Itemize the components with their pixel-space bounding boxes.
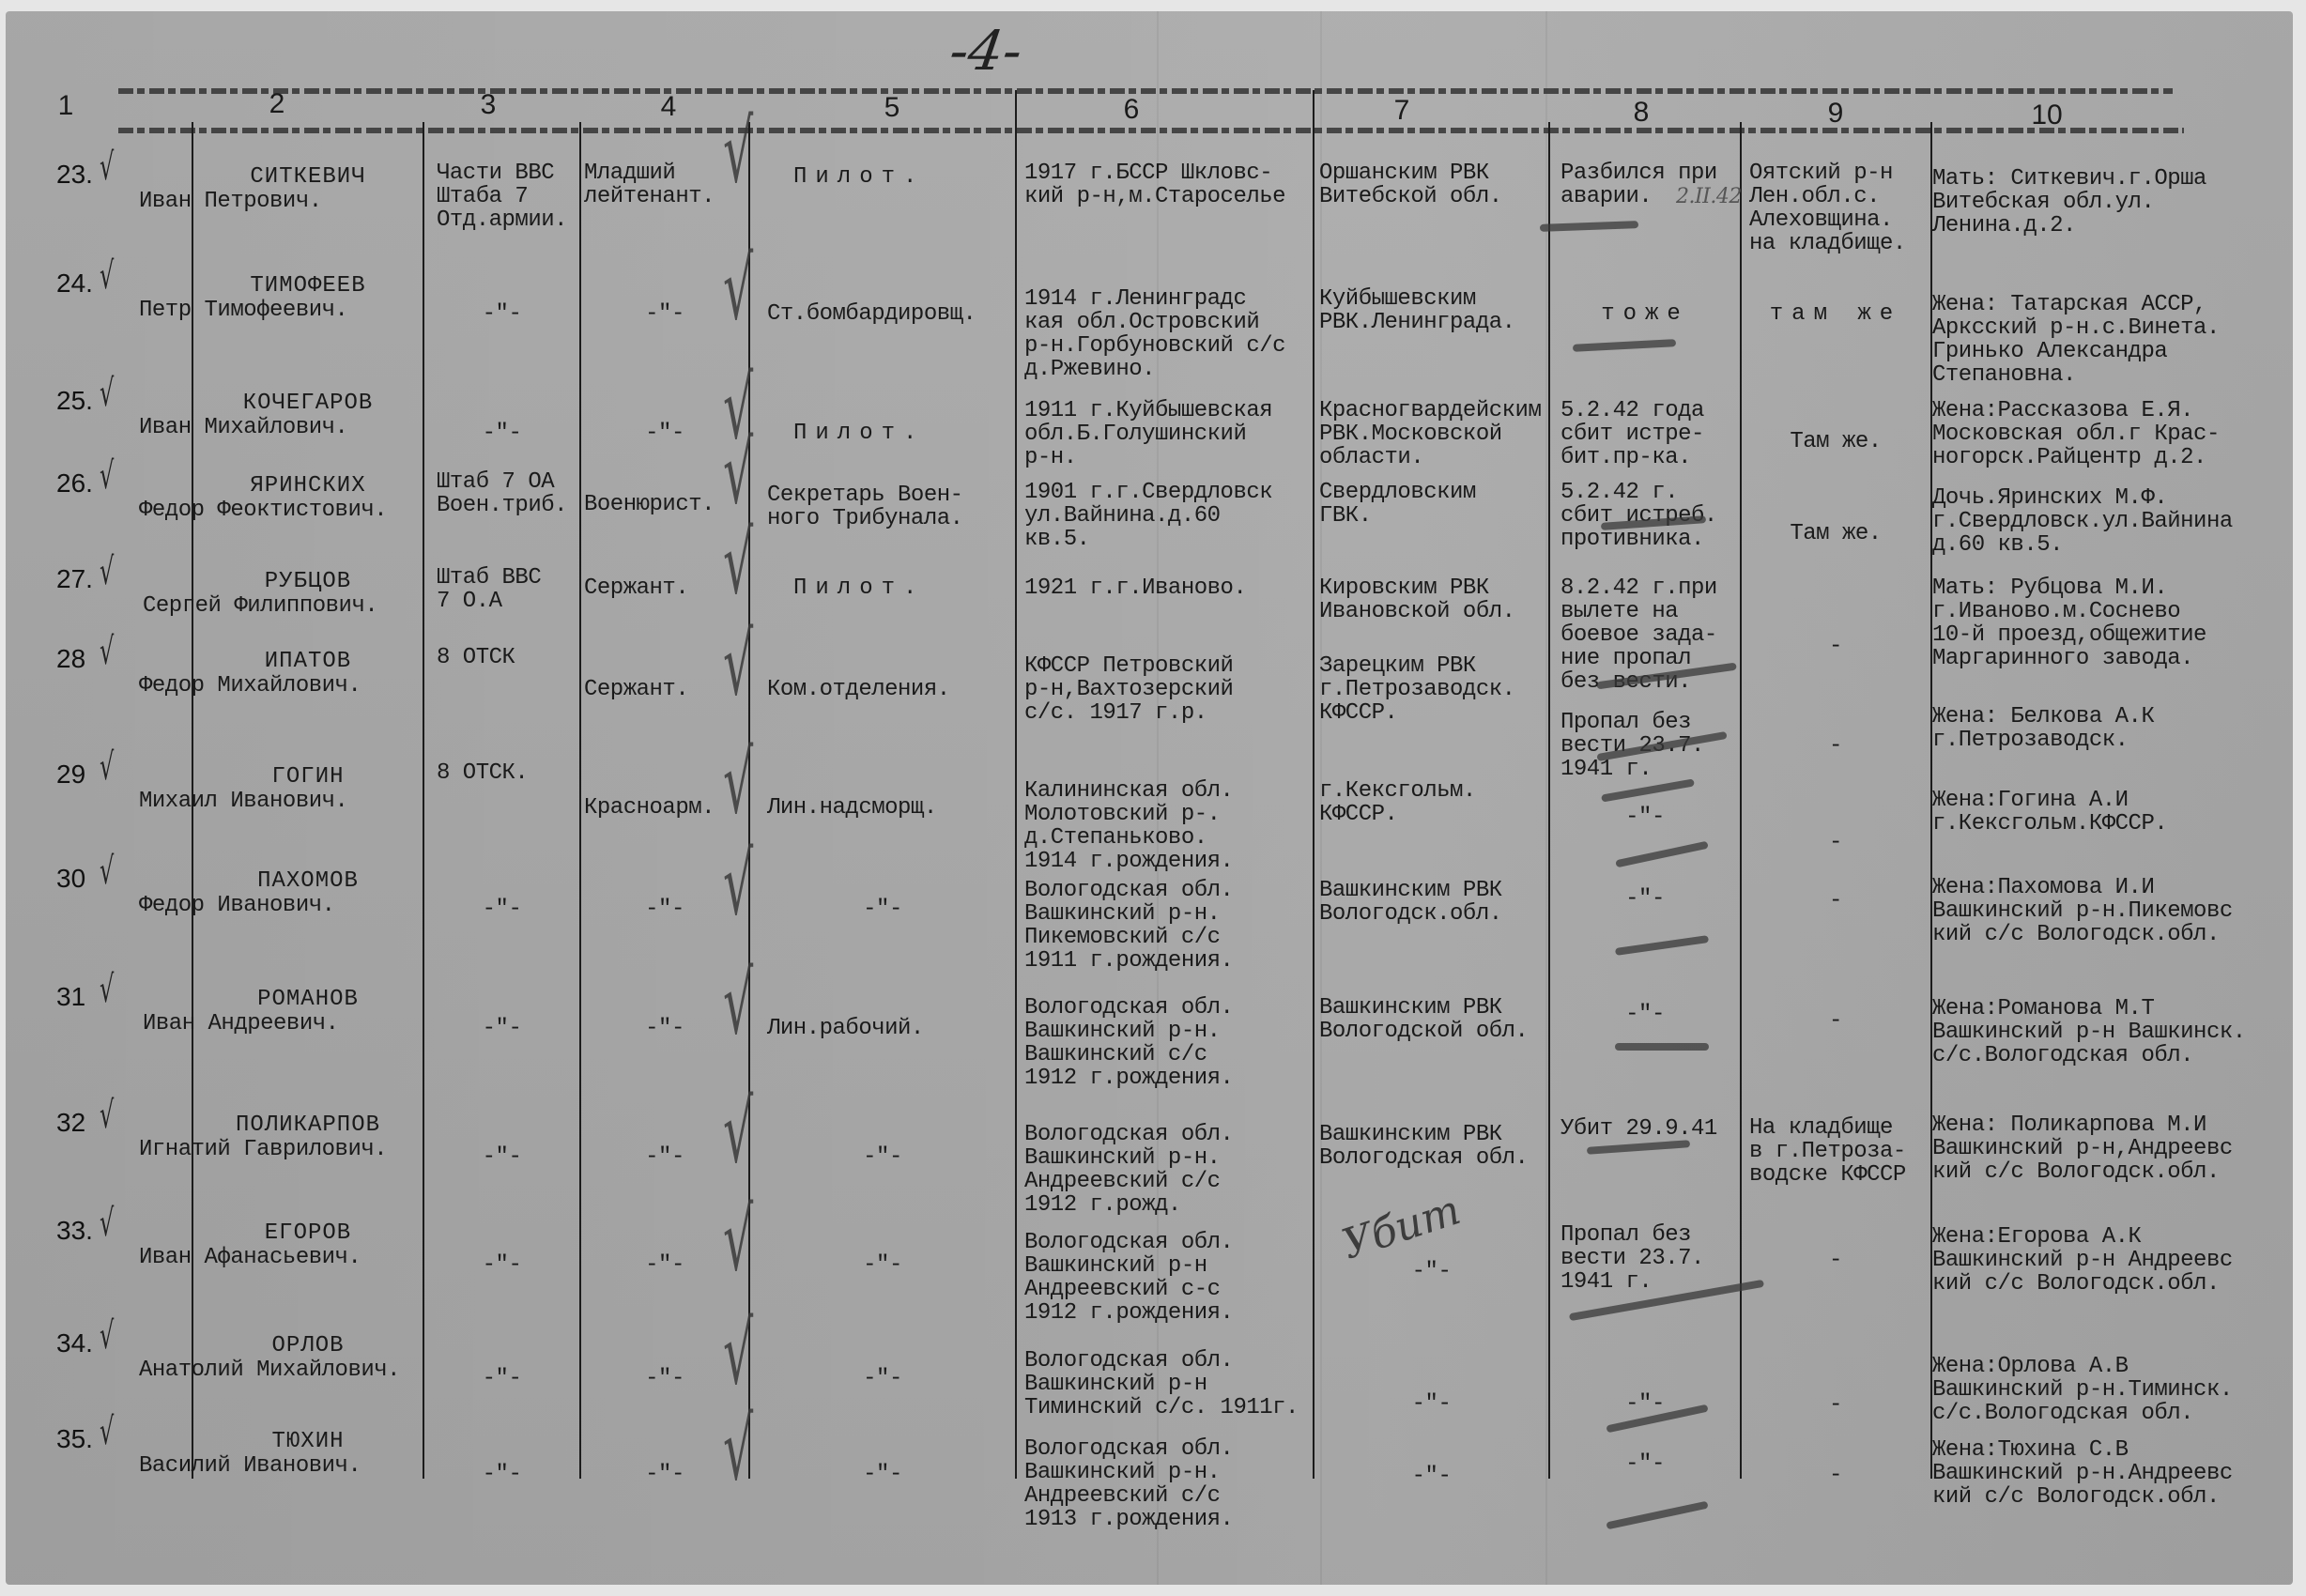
- checkmark-icon: √: [100, 148, 114, 186]
- birth-info: Вологодская обл. Вашкинский р-н. Андреев…: [1024, 1437, 1233, 1531]
- burial-place: -: [1742, 831, 1929, 854]
- checkmark-icon: √: [100, 553, 114, 591]
- rank: Младший лейтенант.: [584, 161, 715, 208]
- rank: Военюрист.: [584, 493, 715, 516]
- surname: ТИМОФЕЕВ: [193, 274, 423, 298]
- surname: РОМАНОВ: [193, 988, 423, 1011]
- position: Пилот.: [793, 165, 925, 189]
- draft-office: Куйбышевским РВК.Ленинграда.: [1319, 287, 1515, 334]
- given-names: Федор Михайлович.: [139, 674, 421, 698]
- column-number: 6: [1103, 94, 1160, 126]
- row-number: 30: [56, 864, 85, 894]
- birth-info: Калининская обл. Молотовский р-. д.Степа…: [1024, 779, 1233, 873]
- unit: Штаб ВВС 7 О.А: [437, 566, 541, 613]
- surname: ЯРИНСКИХ: [193, 474, 423, 498]
- fate: 5.2.42 года сбит истре- бит.пр-ка.: [1560, 399, 1704, 469]
- pencil-checkmark-icon: √: [723, 246, 753, 332]
- column-number: 3: [460, 89, 516, 121]
- rank: Красноарм.: [584, 796, 715, 820]
- position: Пилот.: [793, 576, 925, 600]
- checkmark-icon: √: [100, 1317, 114, 1355]
- burial-place: -: [1742, 1009, 1929, 1033]
- relatives: Мать: Рубцова М.И. г.Иваново.м.Соснево 1…: [1932, 576, 2206, 670]
- position: Лин.надсморщ.: [767, 796, 937, 820]
- given-names: Федор Иванович.: [139, 894, 421, 917]
- draft-office: Вашкинским РВК Вологодск.обл.: [1319, 879, 1502, 926]
- pencil-checkmark-icon: √: [723, 1089, 753, 1175]
- relatives: Жена:Романова М.Т Вашкинский р-н Вашкинс…: [1932, 997, 2246, 1067]
- unit: -"-: [424, 898, 579, 921]
- draft-office: Вашкинским РВК Вологодской обл.: [1319, 996, 1528, 1043]
- checkmark-icon: √: [100, 633, 114, 670]
- checkmark-icon: √: [100, 257, 114, 295]
- birth-info: Вологодская обл. Вашкинский р-н Тимински…: [1024, 1349, 1299, 1420]
- row-number: 24.: [56, 269, 93, 299]
- relatives: Жена: Белкова А.К г.Петрозаводск.: [1932, 705, 2154, 752]
- birth-info: Вологодская обл. Вашкинский р-н. Вашкинс…: [1024, 996, 1233, 1090]
- draft-office: Зарецким РВК г.Петрозаводск. КФССР.: [1319, 654, 1515, 725]
- fate: -"-: [1550, 1452, 1740, 1476]
- draft-office: Кировским РВК Ивановской обл.: [1319, 576, 1515, 623]
- row-number: 32: [56, 1108, 85, 1138]
- row-number: 31: [56, 982, 85, 1012]
- burial-place: -: [1742, 1393, 1929, 1417]
- checkmark-icon: √: [100, 852, 114, 890]
- surname: КОЧЕГАРОВ: [193, 391, 423, 415]
- pencil-checkmark-icon: √: [723, 1406, 753, 1493]
- birth-info: КФССР Петровский р-н,Вахтозерский с/с. 1…: [1024, 654, 1233, 725]
- unit: -"-: [424, 1253, 579, 1277]
- given-names: Иван Афанасьевич.: [139, 1246, 421, 1269]
- row-number: 23.: [56, 160, 93, 190]
- column-number: 2: [249, 88, 305, 120]
- burial-place: -: [1742, 635, 1929, 658]
- column-number: 8: [1613, 97, 1669, 129]
- column-number: 7: [1374, 95, 1430, 127]
- given-names: Василий Иванович.: [139, 1454, 421, 1478]
- position: -"-: [750, 1367, 1015, 1390]
- burial-place: -: [1742, 1464, 1929, 1487]
- relatives: Жена:Рассказова Е.Я. Московская обл.г Кр…: [1932, 399, 2220, 469]
- relatives: Дочь.Яринских М.Ф. г.Свердловск.ул.Вайни…: [1932, 486, 2233, 557]
- draft-office: -"-: [1314, 1392, 1548, 1416]
- checkmark-icon: √: [100, 1097, 114, 1134]
- burial-place: Там же.: [1742, 430, 1929, 453]
- fate: -"-: [1550, 1392, 1740, 1416]
- surname: СИТКЕВИЧ: [193, 165, 423, 189]
- fate: тоже: [1550, 302, 1740, 326]
- given-names: Федор Феоктистович.: [139, 499, 421, 522]
- birth-info: Вологодская обл. Вашкинский р-н. Пикемов…: [1024, 879, 1233, 973]
- burial-place: Там же.: [1742, 522, 1929, 545]
- unit: -"-: [424, 1145, 579, 1169]
- pencil-checkmark-icon: √: [723, 109, 753, 195]
- handwritten-date: 2.II.42: [1676, 185, 1742, 208]
- unit: 8 ОТСК: [437, 646, 515, 669]
- unit: -"-: [424, 1463, 579, 1486]
- unit: -"-: [424, 422, 579, 445]
- relatives: Жена:Егорова А.К Вашкинский р-н Андреевс…: [1932, 1225, 2233, 1296]
- birth-info: Вологодская обл. Вашкинский р-н. Андреев…: [1024, 1123, 1233, 1217]
- given-names: Анатолий Михайлович.: [139, 1358, 421, 1382]
- given-names: Иван Михайлович.: [139, 416, 421, 439]
- surname: ГОГИН: [193, 765, 423, 789]
- unit: 8 ОТСК.: [437, 761, 528, 785]
- relatives: Жена: Татарская АССР, Арксский р-н.с.Вин…: [1932, 293, 2220, 387]
- given-names: Игнатий Гаврилович.: [139, 1138, 421, 1161]
- burial-place: -: [1742, 889, 1929, 913]
- checkmark-icon: √: [100, 375, 114, 412]
- relatives: Мать: Ситкевич.г.Орша Витебская обл.ул. …: [1932, 167, 2206, 238]
- rank: Сержант.: [584, 576, 688, 600]
- surname: РУБЦОВ: [193, 570, 423, 593]
- position: -"-: [750, 1253, 1015, 1277]
- birth-info: 1917 г.БССР Шкловс- кий р-н,м.Староселье: [1024, 161, 1285, 208]
- pencil-checkmark-icon: √: [723, 430, 753, 516]
- surname: ЕГОРОВ: [193, 1221, 423, 1245]
- birth-info: 1911 г.Куйбышевская обл.Б.Голушинский р-…: [1024, 399, 1272, 469]
- pencil-checkmark-icon: √: [723, 960, 753, 1047]
- draft-office: Красногвардейским РВК.Московской области…: [1319, 399, 1541, 469]
- given-names: Михаил Иванович.: [139, 790, 421, 813]
- rank: Сержант.: [584, 678, 688, 701]
- checkmark-icon: √: [100, 748, 114, 786]
- fate: Пропал без вести 23.7. 1941 г.: [1560, 1223, 1704, 1294]
- row-number: 25.: [56, 386, 93, 416]
- birth-info: 1901 г.г.Свердловск ул.Вайнина.д.60 кв.5…: [1024, 481, 1272, 551]
- row-number: 34.: [56, 1328, 93, 1358]
- relatives: Жена:Орлова А.В Вашкинский р-н.Тиминск. …: [1932, 1355, 2233, 1425]
- unit: Части ВВС Штаба 7 Отд.армии.: [437, 161, 567, 232]
- given-names: Петр Тимофеевич.: [139, 299, 421, 322]
- position: -"-: [750, 1145, 1015, 1169]
- given-names: Иван Андреевич.: [143, 1012, 424, 1036]
- relatives: Жена:Тюхина С.В Вашкинский р-н.Андреевс …: [1932, 1438, 2233, 1509]
- pencil-strike-mark: [1615, 1043, 1709, 1051]
- surname: ПАХОМОВ: [193, 869, 423, 893]
- given-names: Иван Петрович.: [139, 190, 421, 213]
- burial-place: На кладбище в г.Петроза- водске КФССР: [1749, 1116, 1906, 1187]
- pencil-checkmark-icon: √: [723, 1311, 753, 1397]
- surname: ИПАТОВ: [193, 650, 423, 673]
- surname: ТЮХИН: [193, 1430, 423, 1453]
- pencil-checkmark-icon: √: [723, 622, 753, 708]
- fate: Убит 29.9.41: [1560, 1117, 1717, 1141]
- surname: ПОЛИКАРПОВ: [193, 1113, 423, 1137]
- column-divider: [1015, 90, 1017, 1479]
- birth-info: Вологодская обл. Вашкинский р-н Андреевс…: [1024, 1231, 1233, 1325]
- position: -"-: [750, 1463, 1015, 1486]
- draft-office: Свердловским ГВК.: [1319, 481, 1476, 528]
- fate: -"-: [1550, 887, 1740, 911]
- unit: -"-: [424, 1017, 579, 1040]
- position: Ст.бомбардировщ.: [767, 302, 976, 326]
- surname: ОРЛОВ: [193, 1334, 423, 1358]
- position: Пилот.: [793, 422, 925, 445]
- draft-office: -"-: [1314, 1465, 1548, 1488]
- pencil-checkmark-icon: √: [723, 740, 753, 826]
- unit: -"-: [424, 302, 579, 326]
- fate: -"-: [1550, 806, 1740, 829]
- row-number: 29: [56, 760, 85, 790]
- checkmark-icon: √: [100, 1413, 114, 1450]
- relatives: Жена: Поликарпова М.И Вашкинский р-н,Анд…: [1932, 1113, 2233, 1184]
- column-number: 10: [2019, 100, 2075, 131]
- position: Секретарь Воен- ного Трибунала.: [767, 483, 963, 530]
- position: Лин.рабочий.: [767, 1017, 924, 1040]
- pencil-checkmark-icon: √: [723, 520, 753, 606]
- header-bottom-rule: [118, 128, 2184, 133]
- pencil-checkmark-icon: √: [723, 1197, 753, 1283]
- checkmark-icon: √: [100, 1205, 114, 1242]
- pencil-checkmark-icon: √: [723, 841, 753, 928]
- birth-info: 1914 г.Ленинградс кая обл.Островский р-н…: [1024, 287, 1285, 381]
- column-number: 4: [640, 91, 697, 123]
- row-number: 33.: [56, 1216, 93, 1246]
- draft-office: Оршанским РВК Витебской обл.: [1319, 161, 1502, 208]
- burial-place: -: [1742, 1249, 1929, 1272]
- checkmark-icon: √: [100, 457, 114, 495]
- position: -"-: [750, 898, 1015, 921]
- unit: Штаб 7 ОА Воен.триб.: [437, 470, 567, 517]
- burial-place: Оятский р-н Лен.обл.с. Алеховщина. на кл…: [1749, 161, 1906, 255]
- birth-info: 1921 г.г.Иваново.: [1024, 576, 1246, 600]
- relatives: Жена:Гогина А.И г.Кексгольм.КФССР.: [1932, 789, 2167, 836]
- page-number: -4-: [945, 19, 1026, 83]
- row-number: 26.: [56, 468, 93, 499]
- relatives: Жена:Пахомова И.И Вашкинский р-н.Пикемов…: [1932, 876, 2233, 946]
- column-number: 1: [38, 90, 94, 122]
- fate: -"-: [1550, 1003, 1740, 1026]
- row-number: 35.: [56, 1424, 93, 1454]
- unit: -"-: [424, 1367, 579, 1390]
- position: Ком.отделения.: [767, 678, 950, 701]
- draft-office: Вашкинским РВК Вологодская обл.: [1319, 1123, 1528, 1170]
- draft-office: г.Кексгольм. КФССР.: [1319, 779, 1476, 826]
- burial-place: там же: [1742, 302, 1929, 326]
- burial-place: -: [1742, 734, 1929, 758]
- column-number: 9: [1807, 98, 1864, 130]
- row-number: 27.: [56, 564, 93, 594]
- row-number: 28: [56, 644, 85, 674]
- checkmark-icon: √: [100, 971, 114, 1008]
- column-number: 5: [864, 92, 920, 124]
- paper-fold: [1545, 11, 1547, 1585]
- given-names: Сергей Филиппович.: [143, 594, 424, 618]
